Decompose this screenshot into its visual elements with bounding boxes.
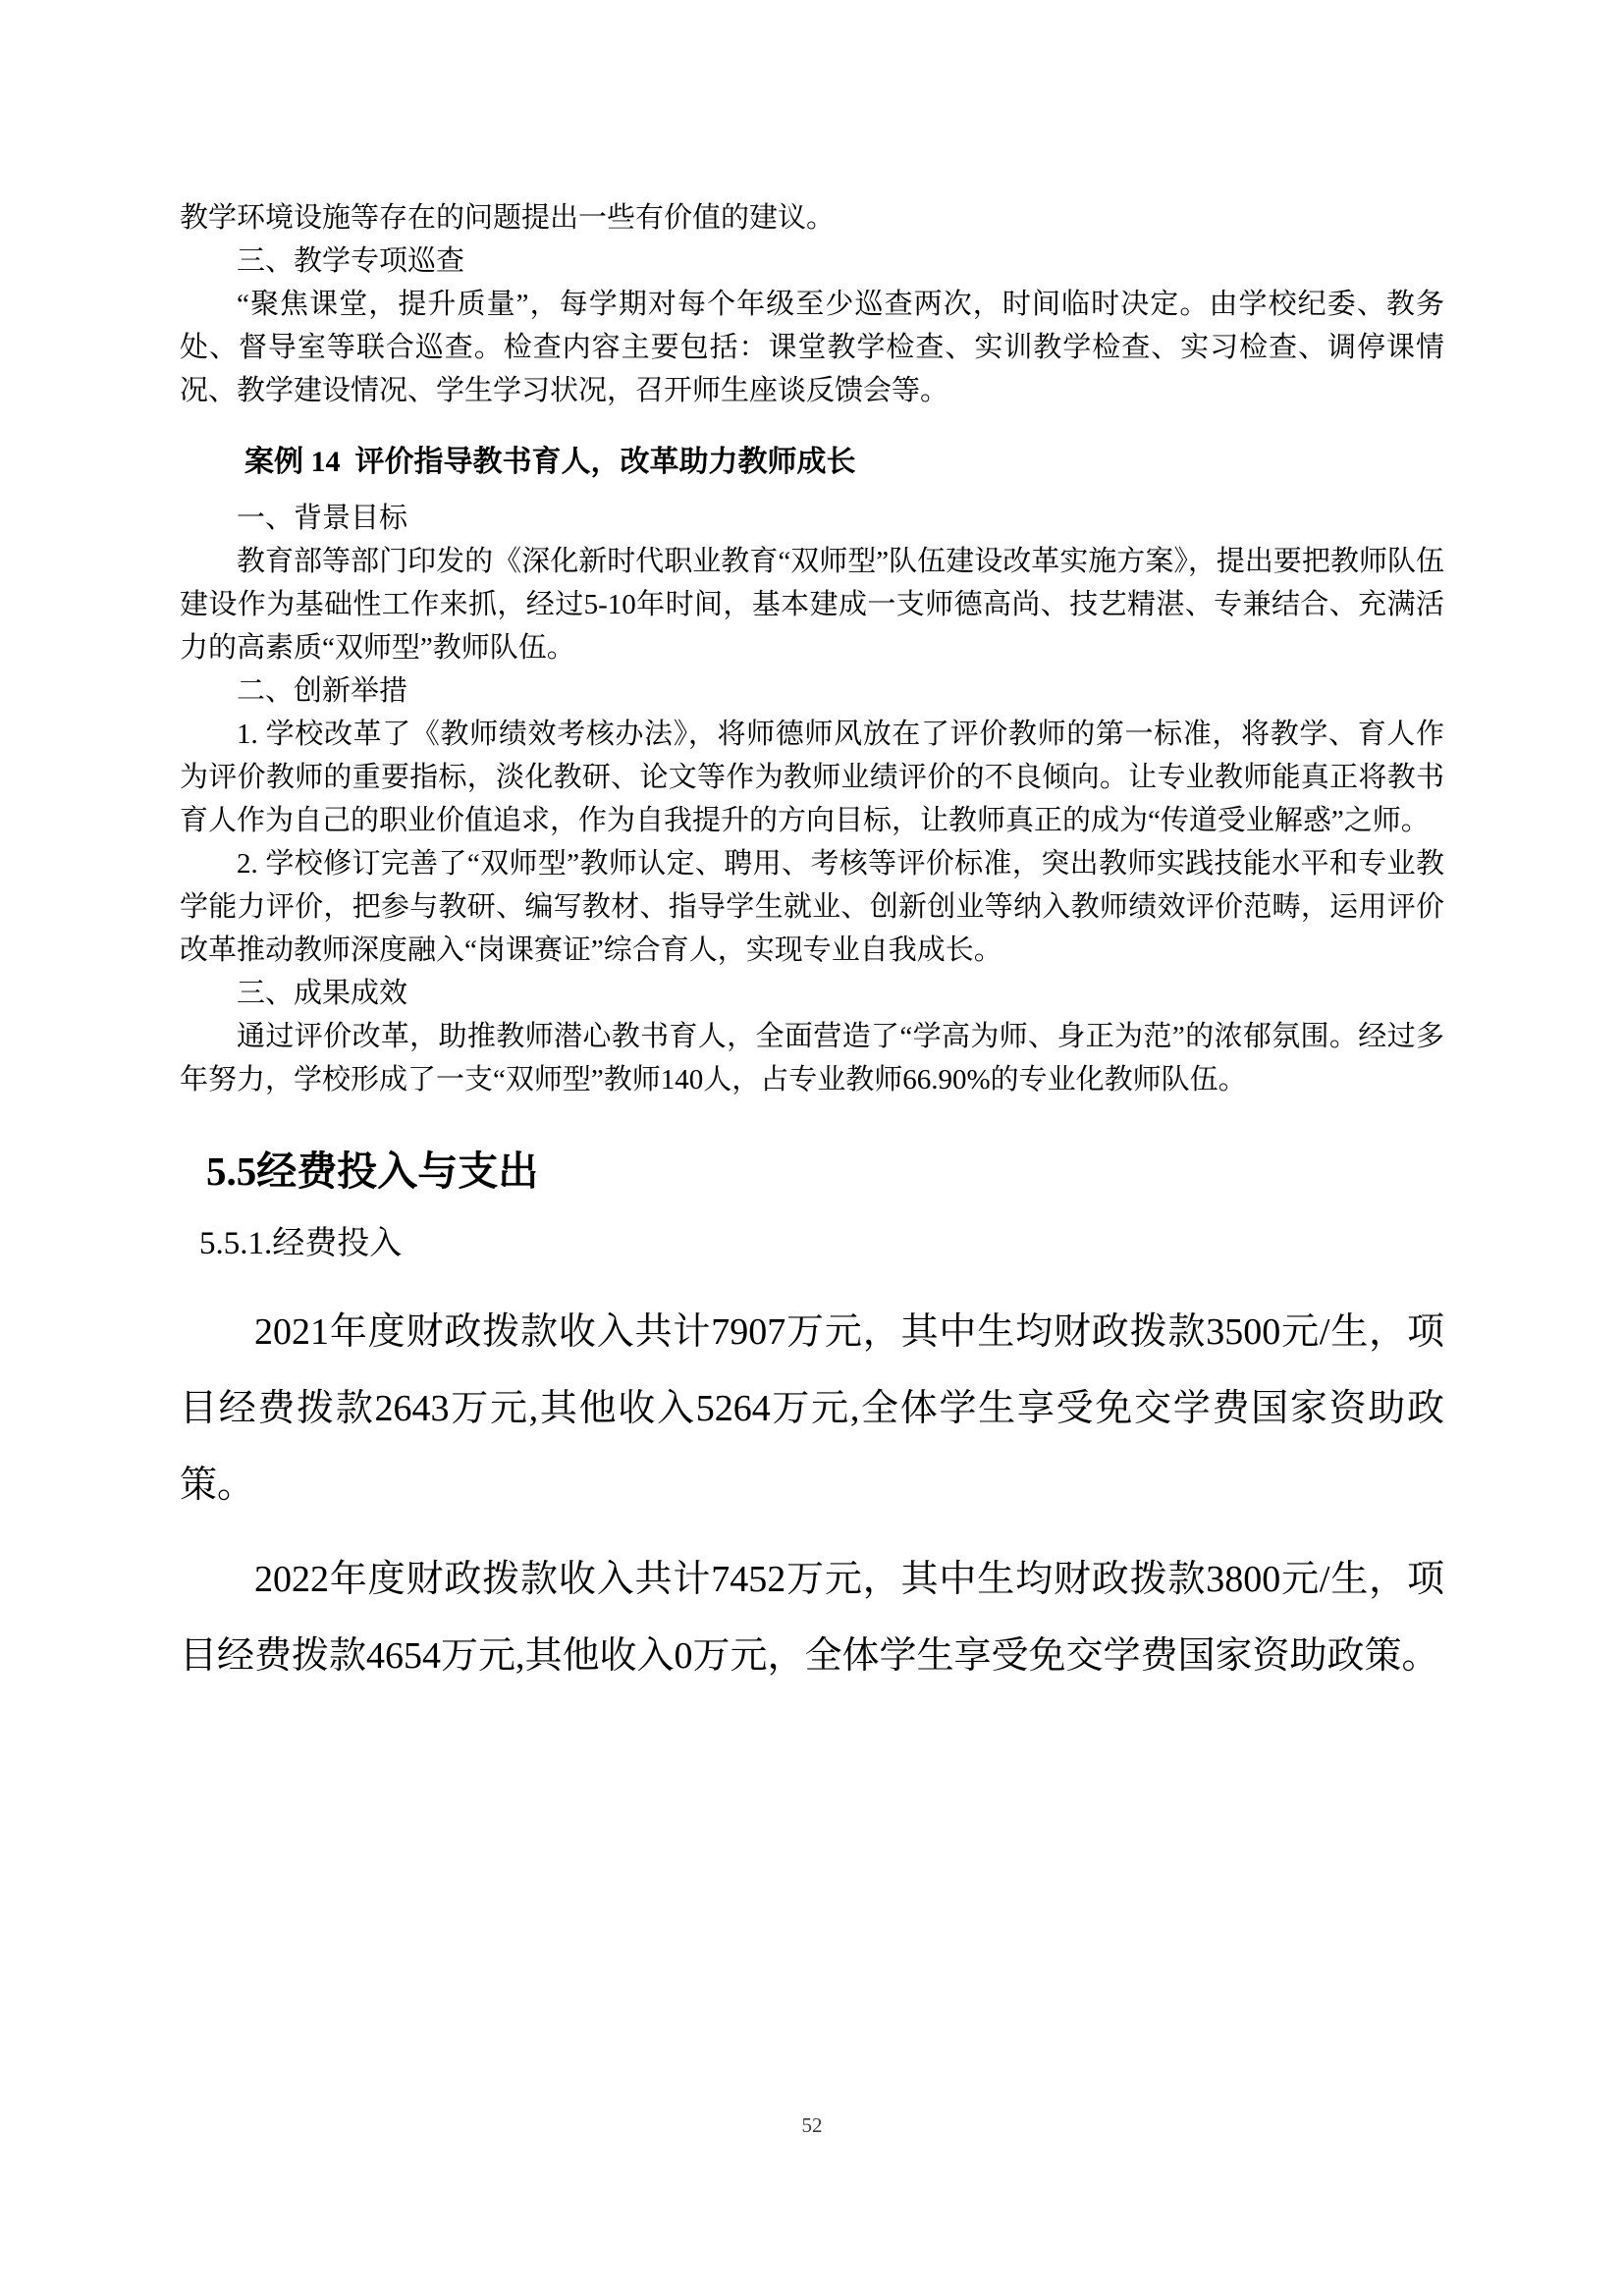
heading-innovation-measures: 二、创新举措 <box>180 669 1444 713</box>
paragraph-teaching-patrol: “聚焦课堂，提升质量”，每学期对每个年级至少巡查两次，时间临时决定。由学校纪委、… <box>180 283 1444 412</box>
page-footer: 52 <box>0 2110 1624 2140</box>
page-number: 52 <box>802 2113 823 2137</box>
paragraph-funding-2022: 2022年度财政拨款收入共计7452万元，其中生均财政拨款3800元/生，项目经… <box>180 1541 1444 1694</box>
paragraph-background-goals: 教育部等部门印发的《深化新时代职业教育“双师型”队伍建设改革实施方案》，提出要把… <box>180 540 1444 669</box>
page-content: 教学环境设施等存在的问题提出一些有价值的建议。 三、教学专项巡查 “聚焦课堂，提… <box>180 196 1444 1694</box>
heading-results-effects: 三、成果成效 <box>180 972 1444 1015</box>
heading-section-5-5-funding: 5.5经费投入与支出 <box>180 1146 1444 1197</box>
paragraph-innovation-item-2: 2. 学校修订完善了“双师型”教师认定、聘用、考核等评价标准，突出教师实践技能水… <box>180 842 1444 972</box>
heading-background-goals: 一、背景目标 <box>180 497 1444 540</box>
paragraph-funding-2021: 2021年度财政拨款收入共计7907万元，其中生均财政拨款3500元/生，项目经… <box>180 1294 1444 1523</box>
heading-teaching-patrol: 三、教学专项巡查 <box>180 240 1444 283</box>
heading-case-14: 案例 14 评价指导教书育人，改革助力教师成长 <box>180 440 1444 485</box>
paragraph-results-effects: 通过评价改革，助推教师潜心教书育人，全面营造了“学高为师、身正为范”的浓郁氛围。… <box>180 1015 1444 1101</box>
paragraph-intro-continuation: 教学环境设施等存在的问题提出一些有价值的建议。 <box>180 196 1444 240</box>
document-page: 教学环境设施等存在的问题提出一些有价值的建议。 三、教学专项巡查 “聚焦课堂，提… <box>0 0 1624 2296</box>
heading-section-5-5-1-funding-input: 5.5.1.经费投入 <box>180 1222 1444 1265</box>
paragraph-innovation-item-1: 1. 学校改革了《教师绩效考核办法》，将师德师风放在了评价教师的第一标准，将教学… <box>180 713 1444 842</box>
